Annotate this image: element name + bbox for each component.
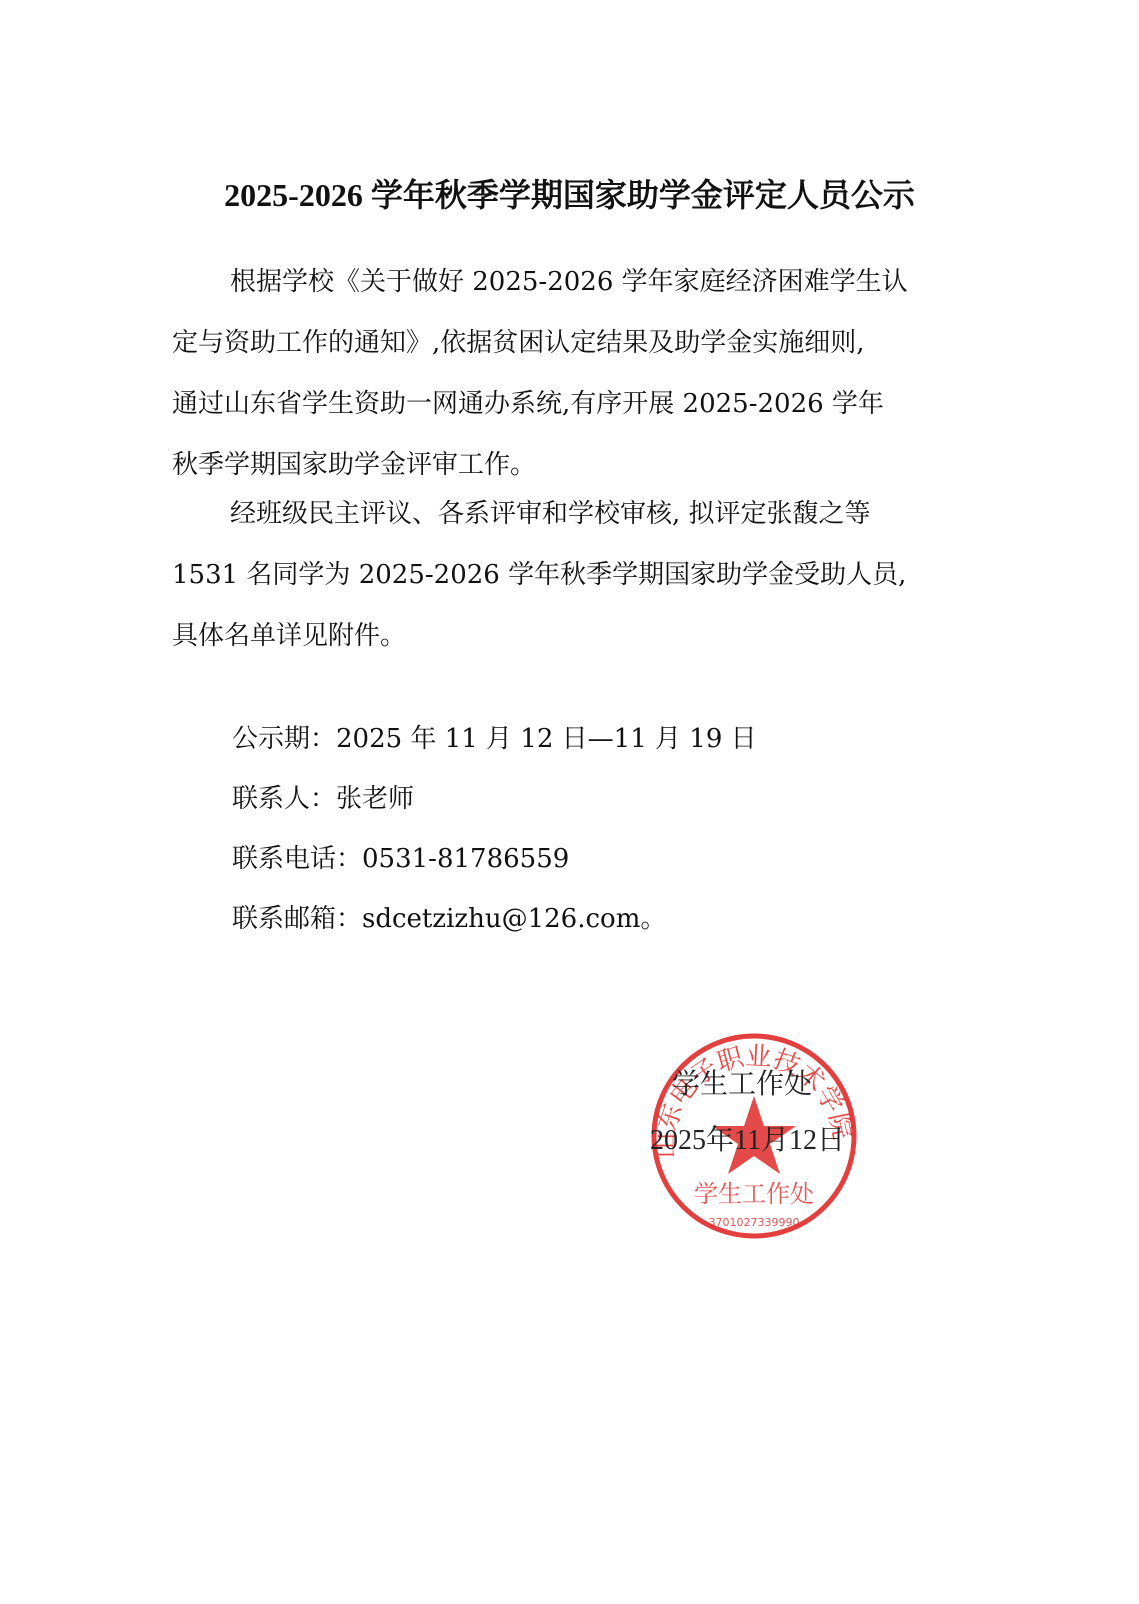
- paragraph-line: 通过山东省学生资助一网通办系统,有序开展 2025-2026 学年: [172, 374, 972, 435]
- contact-email: 联系邮箱：sdcetzizhu@126.com。: [232, 898, 666, 935]
- paragraph-line: 1531 名同学为 2025-2026 学年秋季学期国家助学金受助人员,: [172, 545, 972, 606]
- paragraph-line: 经班级民主评议、各系评审和学校审核, 拟评定张馥之等: [172, 484, 972, 545]
- publicity-period: 公示期：2025 年 11 月 12 日—11 月 19 日: [232, 718, 757, 755]
- contact-person: 联系人：张老师: [232, 778, 414, 815]
- document-title: 2025-2026 学年秋季学期国家助学金评定人员公示: [0, 170, 1139, 216]
- svg-text:学生工作处: 学生工作处: [694, 1180, 814, 1208]
- svg-text:3701027339990: 3701027339990: [709, 1216, 800, 1229]
- paragraph-2: 经班级民主评议、各系评审和学校审核, 拟评定张馥之等 1531 名同学为 202…: [172, 484, 972, 667]
- paragraph-line: 根据学校《关于做好 2025-2026 学年家庭经济困难学生认: [172, 252, 972, 313]
- signature-office: 学生工作处: [672, 1062, 812, 1102]
- paragraph-line: 具体名单详见附件。: [172, 606, 972, 667]
- signature-date: 2025年11月12日: [650, 1118, 845, 1158]
- paragraph-1: 根据学校《关于做好 2025-2026 学年家庭经济困难学生认 定与资助工作的通…: [172, 252, 972, 496]
- contact-phone: 联系电话：0531-81786559: [232, 838, 569, 875]
- paragraph-line: 定与资助工作的通知》,依据贫困认定结果及助学金实施细则,: [172, 313, 972, 374]
